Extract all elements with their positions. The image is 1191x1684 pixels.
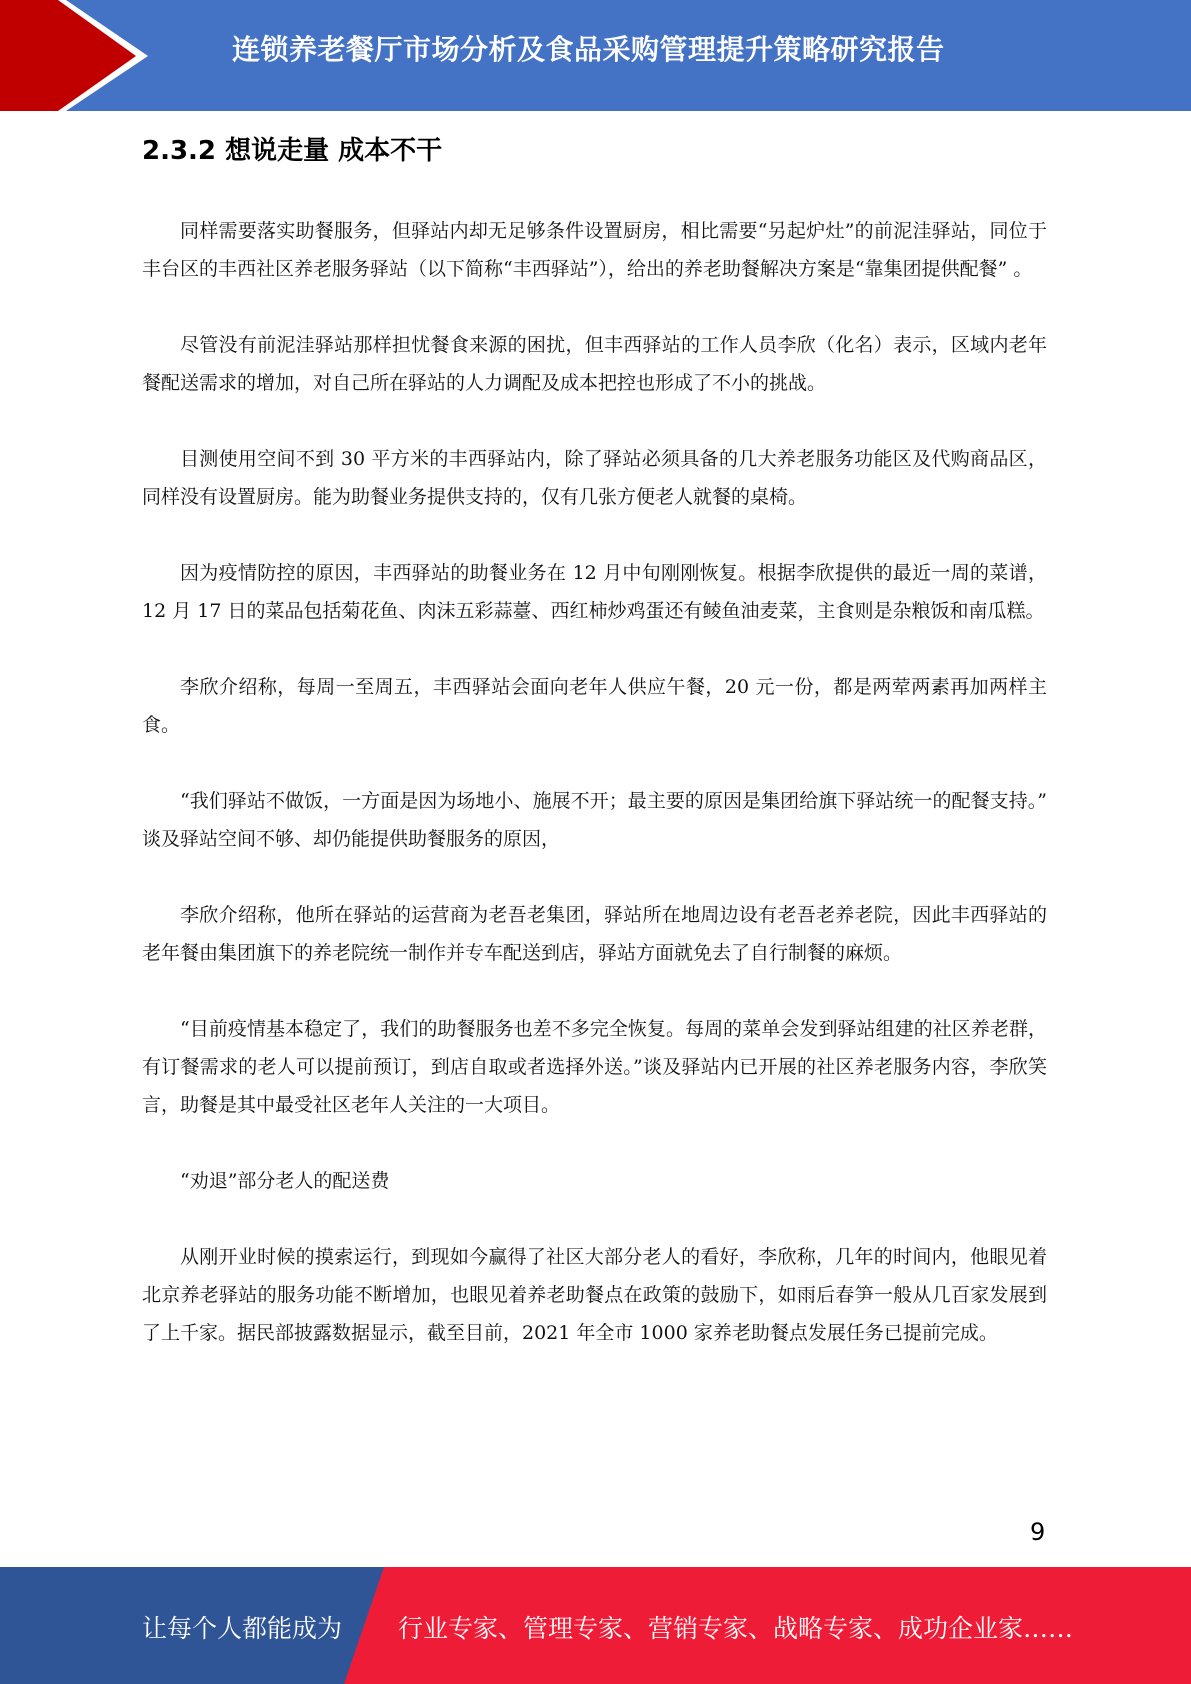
paragraph: “我们驿站不做饭，一方面是因为场地小、施展不开；最主要的原因是集团给旗下驿站统一… bbox=[142, 782, 1047, 858]
paragraph: 尽管没有前泥洼驿站那样担忧餐食来源的困扰，但丰西驿站的工作人员李欣（化名）表示，… bbox=[142, 326, 1047, 402]
paragraph: 同样需要落实助餐服务，但驿站内却无足够条件设置厨房，相比需要“另起炉灶”的前泥洼… bbox=[142, 212, 1047, 288]
article-body: 同样需要落实助餐服务，但驿站内却无足够条件设置厨房，相比需要“另起炉灶”的前泥洼… bbox=[142, 212, 1047, 1390]
paragraph: “目前疫情基本稳定了，我们的助餐服务也差不多完全恢复。每周的菜单会发到驿站组建的… bbox=[142, 1010, 1047, 1124]
report-title: 连锁养老餐厅市场分析及食品采购管理提升策略研究报告 bbox=[232, 28, 945, 68]
section-heading: 2.3.2 想说走量 成本不干 bbox=[142, 130, 442, 167]
footer-slogan-left: 让每个人都能成为 bbox=[142, 1609, 342, 1645]
paragraph: 从刚开业时候的摸索运行，到现如今赢得了社区大部分老人的看好，李欣称，几年的时间内… bbox=[142, 1238, 1047, 1352]
subheading-paragraph: “劝退”部分老人的配送费 bbox=[142, 1162, 1047, 1200]
page-header: 连锁养老餐厅市场分析及食品采购管理提升策略研究报告 bbox=[0, 0, 1191, 111]
paragraph: 因为疫情防控的原因，丰西驿站的助餐业务在 12 月中旬刚刚恢复。根据李欣提供的最… bbox=[142, 554, 1047, 630]
paragraph: 李欣介绍称，他所在驿站的运营商为老吾老集团，驿站所在地周边设有老吾老养老院，因此… bbox=[142, 896, 1047, 972]
footer-slogan-right: 行业专家、管理专家、营销专家、战略专家、成功企业家…… bbox=[398, 1609, 1073, 1645]
chevron-arrow-icon bbox=[0, 0, 160, 111]
page-number: 9 bbox=[1030, 1518, 1045, 1546]
paragraph: 目测使用空间不到 30 平方米的丰西驿站内，除了驿站必须具备的几大养老服务功能区… bbox=[142, 440, 1047, 516]
page-footer: 让每个人都能成为 行业专家、管理专家、营销专家、战略专家、成功企业家…… bbox=[0, 1567, 1191, 1684]
paragraph: 李欣介绍称，每周一至周五，丰西驿站会面向老年人供应午餐，20 元一份，都是两荤两… bbox=[142, 668, 1047, 744]
